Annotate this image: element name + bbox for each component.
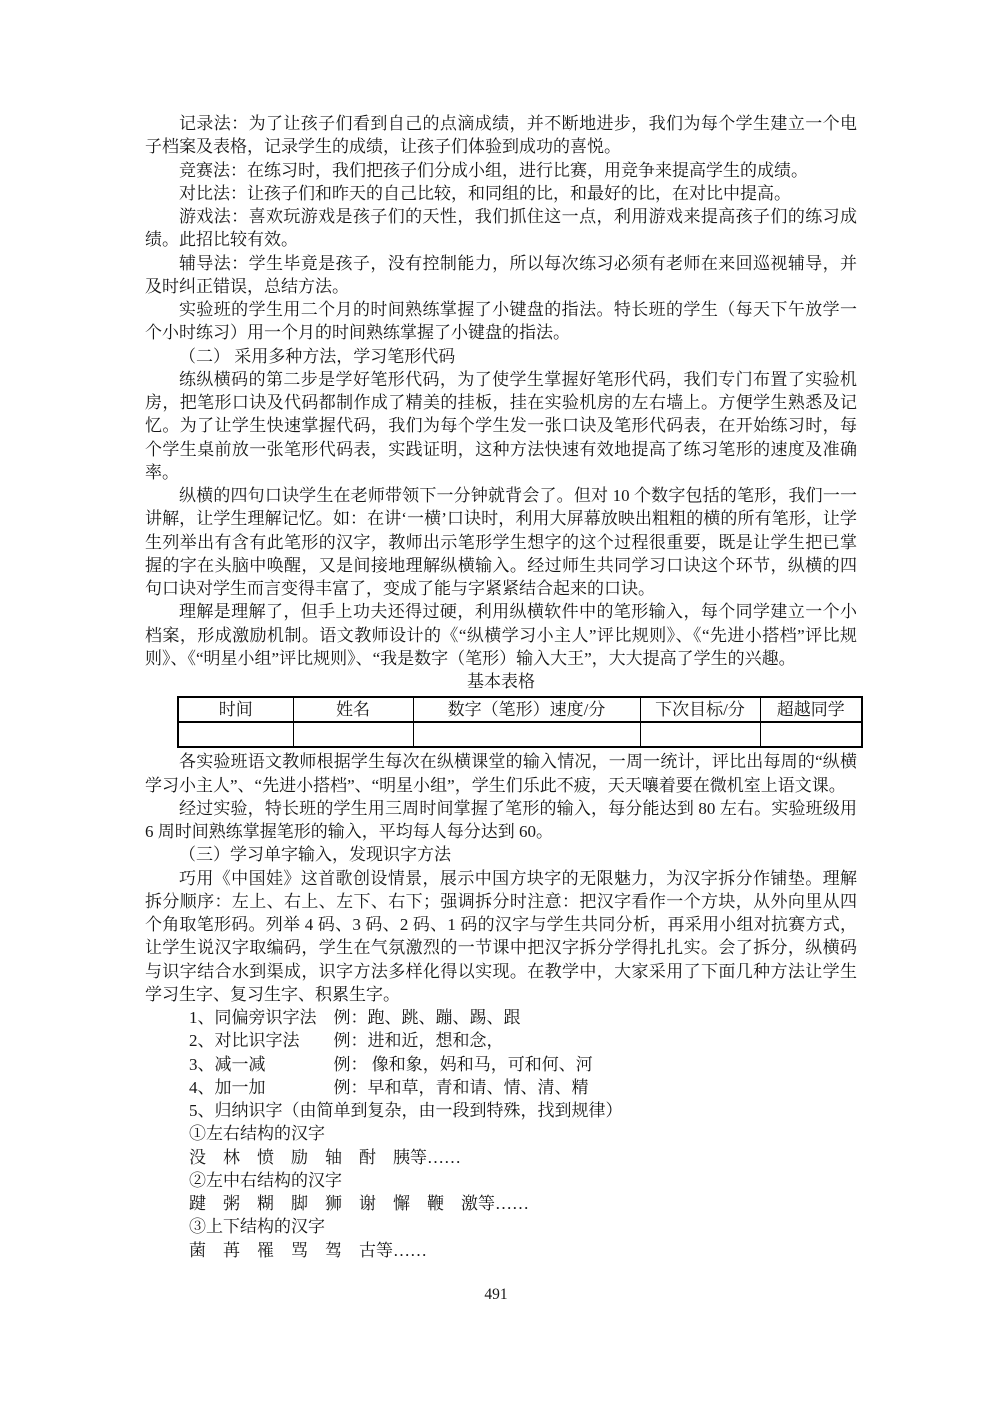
header-cell-speed: 数字（笔形）速度/分 [413, 697, 640, 722]
page-number: 491 [0, 1286, 992, 1304]
paragraph-keypad-result: 实验班的学生用二个月的时间熟练掌握了小键盘的指法。特长班的学生（每天下午放学一个… [145, 298, 857, 345]
sublist-structure-lmr: ②左中右结构的汉字 [145, 1169, 857, 1192]
paragraph-stroke-code-practice: 练纵横码的第二步是学好笔形代码，为了使学生掌握好笔形代码，我们专门布置了实验机房… [145, 368, 857, 484]
table-row [178, 722, 862, 747]
body-cell [413, 722, 640, 747]
header-cell-name: 姓名 [293, 697, 413, 722]
paragraph-comparison-method: 对比法：让孩子们和昨天的自己比较，和同组的比，和最好的比，在对比中提高。 [145, 182, 857, 205]
list-item-4: 4、加一加 例：早和草，青和请、情、清、精 [145, 1076, 857, 1099]
paragraph-tutoring-method: 辅导法：学生毕竟是孩子，没有控制能力，所以每次练习必须有老师在来回巡视辅导，并及… [145, 252, 857, 299]
table-title: 基本表格 [145, 670, 857, 693]
sublist-structure-tb: ③上下结构的汉字 [145, 1215, 857, 1238]
header-cell-surpass: 超越同学 [760, 697, 862, 722]
paragraph-weekly-evaluation: 各实验班语文教师根据学生每次在纵横课堂的输入情况，一周一统计，评比出每周的“纵横… [145, 750, 857, 797]
section-heading-2: （二） 采用多种方法，学习笔形代码 [145, 345, 857, 368]
paragraph-incentive-rules: 理解是理解了，但手上功夫还得过硬，利用纵横软件中的笔形输入，每个同学建立一个小档… [145, 600, 857, 670]
paragraph-experiment-result: 经过实验，特长班的学生用三周时间掌握了笔形的输入，每分能达到 80 左右。实验班… [145, 797, 857, 844]
list-item-5: 5、归纳识字（由简单到复杂，由一段到特殊，找到规律） [145, 1099, 857, 1122]
document-page: 记录法：为了让孩子们看到自己的点滴成绩，并不断地进步，我们为每个学生建立一个电子… [0, 0, 992, 1403]
body-cell [293, 722, 413, 747]
section-heading-3: （三）学习单字输入，发现识字方法 [145, 843, 857, 866]
example-chars-tb: 菌 苒 罹 骂 驾 古等…… [145, 1239, 857, 1262]
body-cell [178, 722, 293, 747]
document-body: 记录法：为了让孩子们看到自己的点滴成绩，并不断地进步，我们为每个学生建立一个电子… [145, 112, 857, 1262]
list-item-2: 2、对比识字法 例：进和近，想和念， [145, 1029, 857, 1052]
table-header-row: 时间 姓名 数字（笔形）速度/分 下次目标/分 超越同学 [178, 697, 862, 722]
list-item-1: 1、同偏旁识字法 例：跑、跳、蹦、踢、跟 [145, 1006, 857, 1029]
paragraph-game-method: 游戏法：喜欢玩游戏是孩子们的天性，我们抓住这一点，利用游戏来提高孩子们的练习成绩… [145, 205, 857, 252]
example-chars-lmr: 踺 粥 糊 脚 狮 谢 懈 鞭 激等…… [145, 1192, 857, 1215]
example-chars-lr: 没 林 愤 励 轴 酎 胰等…… [145, 1146, 857, 1169]
paragraph-mnemonic-teaching: 纵横的四句口诀学生在老师带领下一分钟就背会了。但对 10 个数字包括的笔形，我们… [145, 484, 857, 600]
header-cell-next-goal: 下次目标/分 [640, 697, 760, 722]
paragraph-record-method: 记录法：为了让孩子们看到自己的点滴成绩，并不断地进步，我们为每个学生建立一个电子… [145, 112, 857, 159]
body-cell [640, 722, 760, 747]
body-cell [760, 722, 862, 747]
paragraph-character-splitting: 巧用《中国娃》这首歌创设情景，展示中国方块字的无限魅力，为汉字拆分作铺垫。理解拆… [145, 867, 857, 1007]
basic-table: 时间 姓名 数字（笔形）速度/分 下次目标/分 超越同学 [177, 696, 863, 748]
sublist-structure-lr: ①左右结构的汉字 [145, 1122, 857, 1145]
paragraph-competition-method: 竞赛法：在练习时，我们把孩子们分成小组，进行比赛，用竞争来提高学生的成绩。 [145, 159, 857, 182]
header-cell-time: 时间 [178, 697, 293, 722]
list-item-3: 3、减一减 例： 像和象，妈和马，可和何、河 [145, 1053, 857, 1076]
